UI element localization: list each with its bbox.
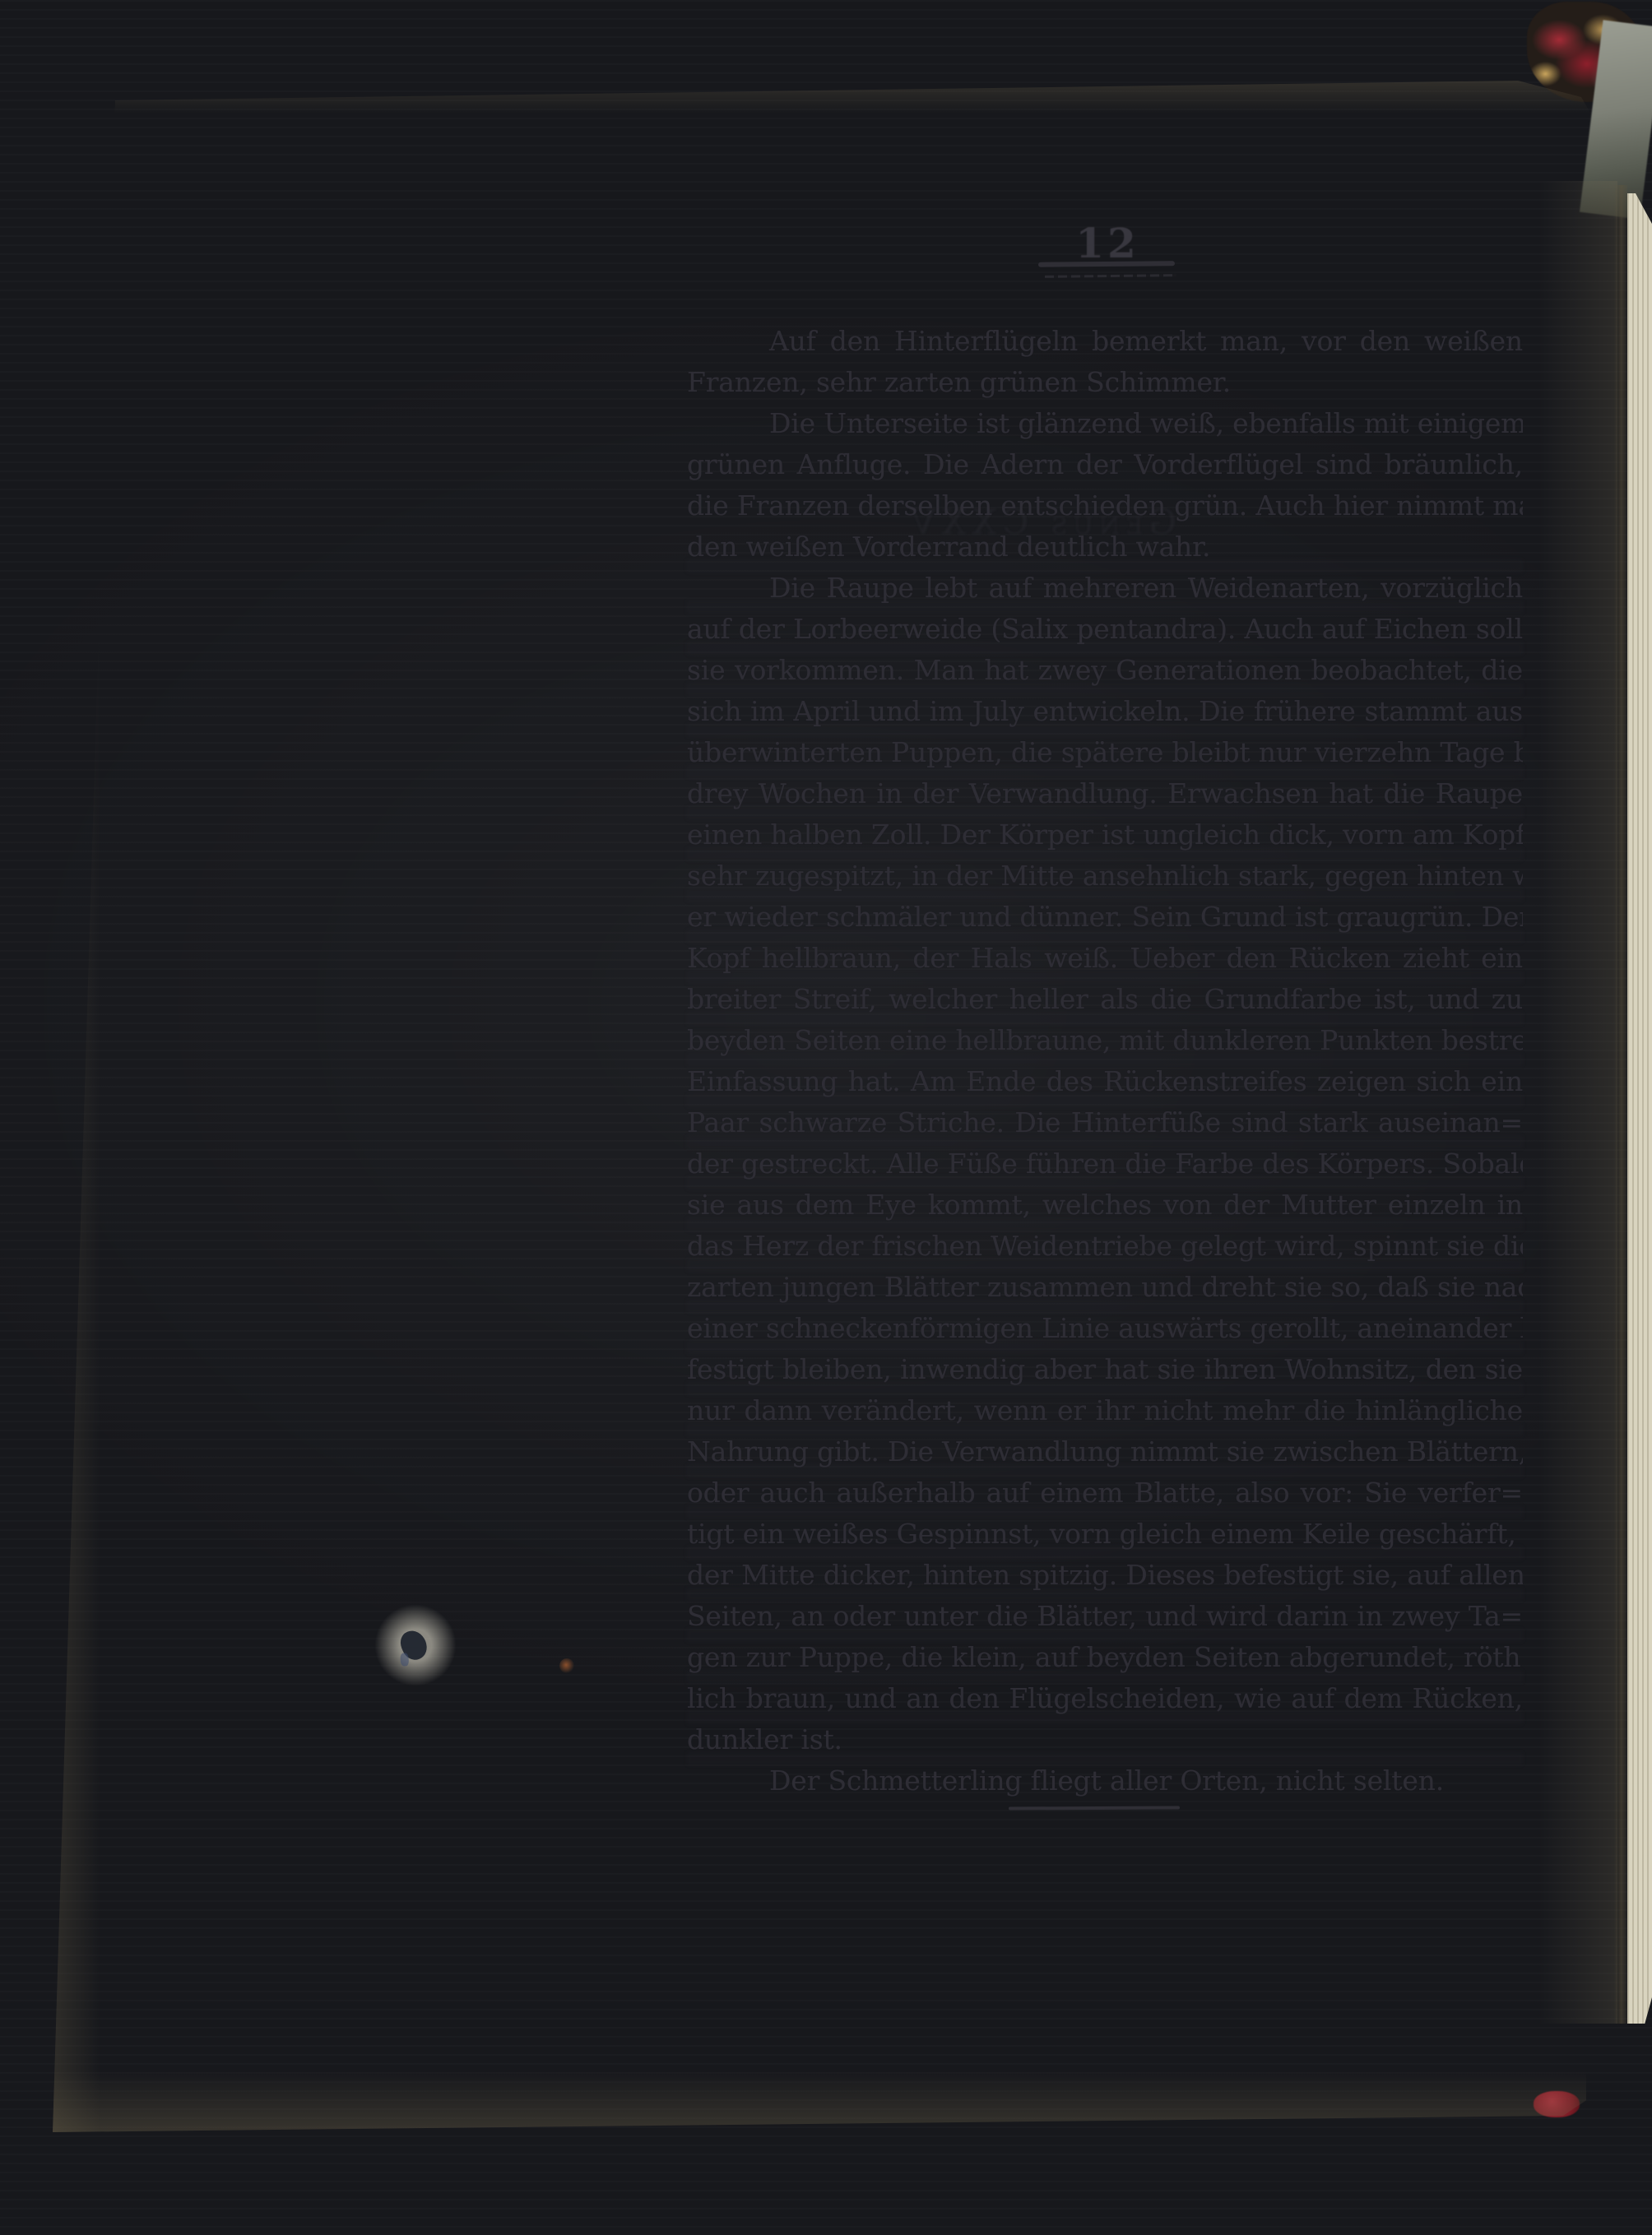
closing-rule (1009, 1806, 1180, 1810)
text-line: den weißen Vorderrand deutlich wahr. (687, 526, 1523, 568)
text-line: breiter Streif, welcher heller als die G… (687, 979, 1523, 1020)
text-line: tigt ein weißes Gespinnst, vorn gleich e… (687, 1514, 1523, 1555)
text-line: überwinterten Puppen, die spätere bleibt… (687, 732, 1523, 773)
book-page: 12 Genus CXXV Auf den Hinterflügeln beme… (0, 0, 1652, 2235)
page-number-rule (1038, 261, 1175, 267)
scan-background: 12 Genus CXXV Auf den Hinterflügeln beme… (0, 0, 1652, 2235)
text-line: der gestreckt. Alle Füße führen die Farb… (687, 1143, 1523, 1185)
text-line: sie vorkommen. Man hat zwey Generationen… (687, 650, 1523, 691)
page-shadow-right (1538, 181, 1617, 2024)
text-line: zarten jungen Blätter zusammen und dreht… (687, 1267, 1523, 1308)
text-line: gen zur Puppe, die klein, auf beyden Sei… (687, 1637, 1523, 1678)
page-shadow-left (48, 82, 100, 2139)
text-line: Einfassung hat. Am Ende des Rückenstreif… (687, 1061, 1523, 1102)
text-line: die Franzen derselben entschieden grün. … (687, 485, 1523, 526)
text-line: einen halben Zoll. Der Körper ist unglei… (687, 814, 1523, 856)
page-fore-edge-strip (1627, 193, 1652, 2024)
text-line: Franzen, sehr zarten grünen Schimmer. (687, 362, 1523, 403)
text-line: sehr zugespitzt, in der Mitte ansehnlich… (687, 856, 1523, 897)
text-line: Kopf hellbraun, der Hals weiß. Ueber den… (687, 938, 1523, 979)
text-line: Paar schwarze Striche. Die Hinterfüße si… (687, 1102, 1523, 1143)
text-line: Auf den Hinterflügeln bemerkt man, vor d… (687, 321, 1523, 362)
text-line: sie aus dem Eye kommt, welches von der M… (687, 1185, 1523, 1226)
text-line: sich im April und im July entwickeln. Di… (687, 691, 1523, 732)
page-shadow-bottom (48, 2071, 1586, 2134)
text-line: der Mitte dicker, hinten spitzig. Dieses… (687, 1555, 1523, 1596)
text-line: das Herz der frischen Weidentriebe geleg… (687, 1226, 1523, 1267)
text-line: festigt bleiben, inwendig aber hat sie i… (687, 1349, 1523, 1390)
text-block: Auf den Hinterflügeln bemerkt man, vor d… (687, 321, 1523, 1801)
text-line: dunkler ist. (687, 1719, 1523, 1760)
text-line: er wieder schmäler und dünner. Sein Grun… (687, 897, 1523, 938)
text-line: drey Wochen in der Verwandlung. Erwachse… (687, 773, 1523, 814)
paper-spot (559, 1658, 574, 1673)
text-line: Der Schmetterling fliegt aller Orten, ni… (687, 1760, 1523, 1801)
page-crease-line (1614, 185, 1627, 2024)
page-shadow-top (49, 76, 1621, 114)
text-line: lich braun, und an den Flügelscheiden, w… (687, 1678, 1523, 1719)
text-line: Die Unterseite ist glänzend weiß, ebenfa… (687, 403, 1523, 444)
page-number: 12 (1070, 219, 1145, 267)
text-line: oder auch außerhalb auf einem Blatte, al… (687, 1472, 1523, 1514)
text-line: beyden Seiten eine hellbraune, mit dunkl… (687, 1020, 1523, 1061)
text-line: auf der Lorbeerweide (Salix pentandra). … (687, 609, 1523, 650)
text-line: nur dann verändert, wenn er ihr nicht me… (687, 1390, 1523, 1431)
text-line: grünen Anfluge. Die Adern der Vorderflüg… (687, 444, 1523, 485)
page-number-rule-thin (1045, 274, 1176, 278)
text-line: Nahrung gibt. Die Verwandlung nimmt sie … (687, 1431, 1523, 1472)
text-line: einer schneckenförmigen Linie auswärts g… (687, 1308, 1523, 1349)
text-line: Die Raupe lebt auf mehreren Weidenarten,… (687, 568, 1523, 609)
text-line: Seiten, an oder unter die Blätter, und w… (687, 1596, 1523, 1637)
